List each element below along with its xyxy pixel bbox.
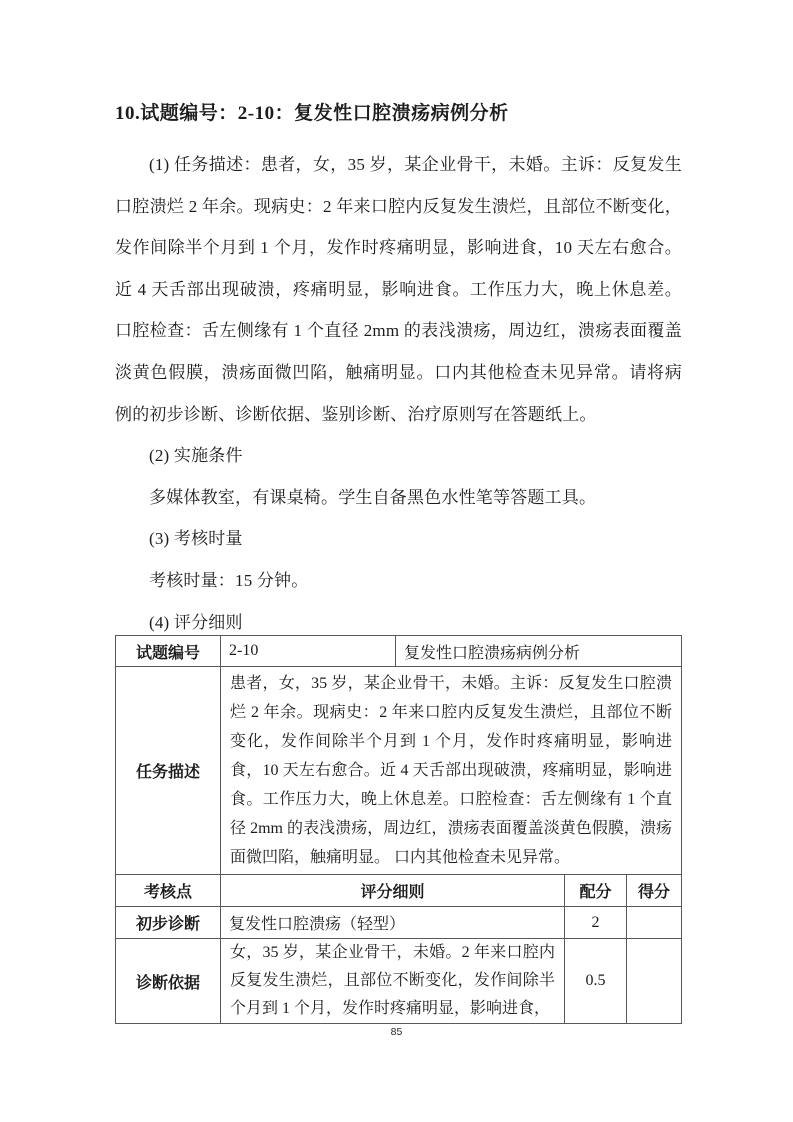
page-number: 85 <box>0 1026 793 1038</box>
section-2-heading: (2) 实施条件 <box>115 435 682 477</box>
question-number-label: 试题编号 <box>116 636 221 667</box>
page-title: 10.试题编号：2-10：复发性口腔溃疡病例分析 <box>115 100 682 128</box>
row-earned-diagnosis-basis <box>627 939 682 1024</box>
question-title-value: 复发性口腔溃疡病例分析 <box>396 636 682 667</box>
document-body: 10.试题编号：2-10：复发性口腔溃疡病例分析 (1) 任务描述：患者，女，3… <box>115 100 682 643</box>
task-description-label: 任务描述 <box>116 667 221 875</box>
row-score-diagnosis-basis: 0.5 <box>565 939 627 1024</box>
header-point: 考核点 <box>116 875 221 907</box>
document-page: 10.试题编号：2-10：复发性口腔溃疡病例分析 (1) 任务描述：患者，女，3… <box>0 0 793 1122</box>
question-number-value: 2-10 <box>221 636 396 667</box>
body-paragraphs: (1) 任务描述：患者，女，35 岁，某企业骨干，未婚。主诉：反复发生口腔溃烂 … <box>115 144 682 643</box>
table-row-header: 考核点 评分细则 配分 得分 <box>116 875 682 907</box>
section-2-body: 多媒体教室，有课桌椅。学生自备黑色水性笔等答题工具。 <box>115 477 682 519</box>
scoring-rubric-table: 试题编号 2-10 复发性口腔溃疡病例分析 任务描述 患者，女，35 岁，某企业… <box>115 635 682 1024</box>
header-detail: 评分细则 <box>221 875 565 907</box>
row-earned-initial-diagnosis <box>627 907 682 939</box>
row-detail-initial-diagnosis: 复发性口腔溃疡（轻型） <box>221 907 565 939</box>
section-3-heading: (3) 考核时量 <box>115 518 682 560</box>
row-point-diagnosis-basis: 诊断依据 <box>116 939 221 1024</box>
header-score: 配分 <box>565 875 627 907</box>
row-score-initial-diagnosis: 2 <box>565 907 627 939</box>
header-earned: 得分 <box>627 875 682 907</box>
paragraph-task-description: (1) 任务描述：患者，女，35 岁，某企业骨干，未婚。主诉：反复发生口腔溃烂 … <box>115 144 682 435</box>
table-row-question-number: 试题编号 2-10 复发性口腔溃疡病例分析 <box>116 636 682 667</box>
table-row-initial-diagnosis: 初步诊断 复发性口腔溃疡（轻型） 2 <box>116 907 682 939</box>
task-description-text: 患者，女，35 岁，某企业骨干，未婚。主诉：反复发生口腔溃烂 2 年余。现病史：… <box>221 667 682 875</box>
table-row-task-description: 任务描述 患者，女，35 岁，某企业骨干，未婚。主诉：反复发生口腔溃烂 2 年余… <box>116 667 682 875</box>
row-detail-diagnosis-basis: 女，35 岁，某企业骨干，未婚。2 年来口腔内反复发生溃烂，且部位不断变化，发作… <box>221 939 565 1024</box>
section-3-body: 考核时量：15 分钟。 <box>115 560 682 602</box>
row-point-initial-diagnosis: 初步诊断 <box>116 907 221 939</box>
table-row-diagnosis-basis: 诊断依据 女，35 岁，某企业骨干，未婚。2 年来口腔内反复发生溃烂，且部位不断… <box>116 939 682 1024</box>
